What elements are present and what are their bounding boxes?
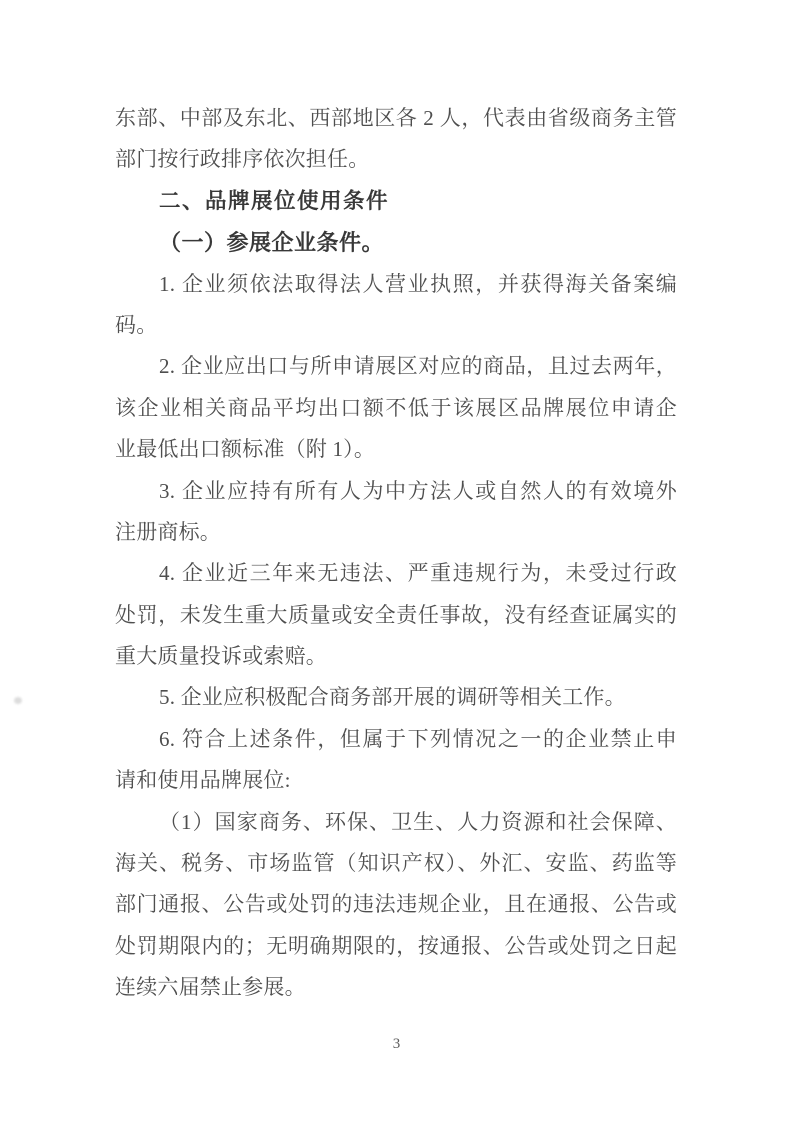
- text-line: 1. 企业须依法取得法人营业执照，并获得海关备案编: [115, 264, 677, 305]
- document-page: 东部、中部及东北、西部地区各 2 人，代表由省级商务主管部门按行政排序依次担任。…: [0, 0, 793, 1121]
- subsection-heading: （一）参展企业条件。: [115, 222, 677, 263]
- text-line: 该企业相关商品平均出口额不低于该展区品牌展位申请企: [115, 388, 677, 429]
- item-6: 6. 符合上述条件，但属于下列情况之一的企业禁止申请和使用品牌展位:: [115, 719, 677, 802]
- text-line: 处罚期限内的；无明确期限的，按通报、公告或处罚之日起: [115, 926, 677, 967]
- paragraph-continuation: 东部、中部及东北、西部地区各 2 人，代表由省级商务主管部门按行政排序依次担任。: [115, 98, 677, 181]
- text-line: （一）参展企业条件。: [115, 222, 677, 263]
- text-line: 业最低出口额标准（附 1）。: [115, 429, 677, 470]
- item-2: 2. 企业应出口与所申请展区对应的商品，且过去两年，该企业相关商品平均出口额不低…: [115, 346, 677, 470]
- text-line: 4. 企业近三年来无违法、严重违规行为，未受过行政: [115, 553, 677, 594]
- text-line: 请和使用品牌展位:: [115, 760, 677, 801]
- text-line: 码。: [115, 305, 677, 346]
- text-line: 注册商标。: [115, 512, 677, 553]
- page-number: 3: [393, 1036, 401, 1052]
- page-footer: 3: [0, 1036, 793, 1053]
- text-line: 6. 符合上述条件，但属于下列情况之一的企业禁止申: [115, 719, 677, 760]
- text-line: 连续六届禁止参展。: [115, 967, 677, 1008]
- item-6-sub-1: （1）国家商务、环保、卫生、人力资源和社会保障、海关、税务、市场监管（知识产权）…: [115, 802, 677, 1009]
- section-heading: 二、品牌展位使用条件: [115, 181, 677, 222]
- text-line: 2. 企业应出口与所申请展区对应的商品，且过去两年，: [115, 346, 677, 387]
- scan-artifact-speck: [14, 697, 22, 704]
- item-3: 3. 企业应持有所有人为中方法人或自然人的有效境外注册商标。: [115, 471, 677, 554]
- text-line: （1）国家商务、环保、卫生、人力资源和社会保障、: [115, 802, 677, 843]
- document-body: 东部、中部及东北、西部地区各 2 人，代表由省级商务主管部门按行政排序依次担任。…: [115, 98, 677, 1009]
- text-line: 部门按行政排序依次担任。: [115, 139, 677, 180]
- text-line: 处罚，未发生重大质量或安全责任事故，没有经查证属实的: [115, 595, 677, 636]
- text-line: 部门通报、公告或处罚的违法违规企业，且在通报、公告或: [115, 884, 677, 925]
- text-line: 海关、税务、市场监管（知识产权）、外汇、安监、药监等: [115, 843, 677, 884]
- text-line: 东部、中部及东北、西部地区各 2 人，代表由省级商务主管: [115, 98, 677, 139]
- item-4: 4. 企业近三年来无违法、严重违规行为，未受过行政处罚，未发生重大质量或安全责任…: [115, 553, 677, 677]
- text-line: 5. 企业应积极配合商务部开展的调研等相关工作。: [115, 677, 677, 718]
- text-line: 重大质量投诉或索赔。: [115, 636, 677, 677]
- text-line: 二、品牌展位使用条件: [115, 181, 677, 222]
- item-1: 1. 企业须依法取得法人营业执照，并获得海关备案编码。: [115, 264, 677, 347]
- text-line: 3. 企业应持有所有人为中方法人或自然人的有效境外: [115, 471, 677, 512]
- item-5: 5. 企业应积极配合商务部开展的调研等相关工作。: [115, 677, 677, 718]
